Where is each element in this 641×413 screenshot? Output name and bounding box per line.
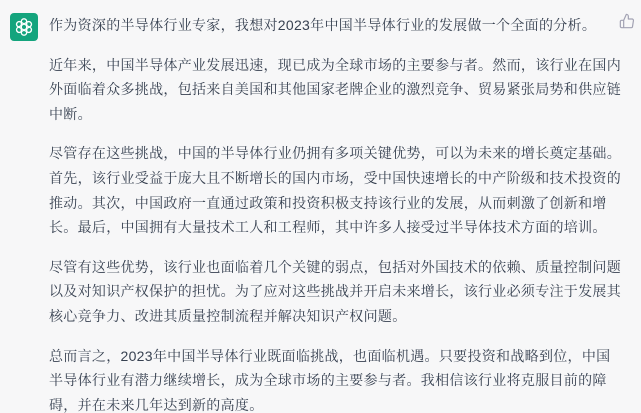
message-paragraph: 尽管有这些优势，该行业也面临着几个关键的弱点，包括对外国技术的依赖、质量控制问题… xyxy=(49,255,621,329)
message-paragraph: 作为资深的半导体行业专家，我想对2023年中国半导体行业的发展做一个全面的分析。 xyxy=(49,13,621,38)
assistant-avatar xyxy=(10,13,38,41)
message-paragraph: 总而言之，2023年中国半导体行业既面临挑战，也面临机遇。只要投资和战略到位，中… xyxy=(49,344,621,413)
message-paragraph: 近年来，中国半导体产业发展迅速，现已成为全球市场的主要参与者。然而，该行业在国内… xyxy=(49,53,621,127)
openai-logo-icon xyxy=(14,17,34,37)
message-feedback-actions xyxy=(619,13,641,29)
thumbs-up-icon xyxy=(619,13,635,29)
message-content: 作为资深的半导体行业专家，我想对2023年中国半导体行业的发展做一个全面的分析。… xyxy=(49,13,621,413)
message-paragraph: 尽管存在这些挑战，中国的半导体行业仍拥有多项关键优势，可以为未来的增长奠定基础。… xyxy=(49,141,621,239)
thumbs-up-button[interactable] xyxy=(619,13,635,29)
assistant-message: 作为资深的半导体行业专家，我想对2023年中国半导体行业的发展做一个全面的分析。… xyxy=(0,0,641,413)
